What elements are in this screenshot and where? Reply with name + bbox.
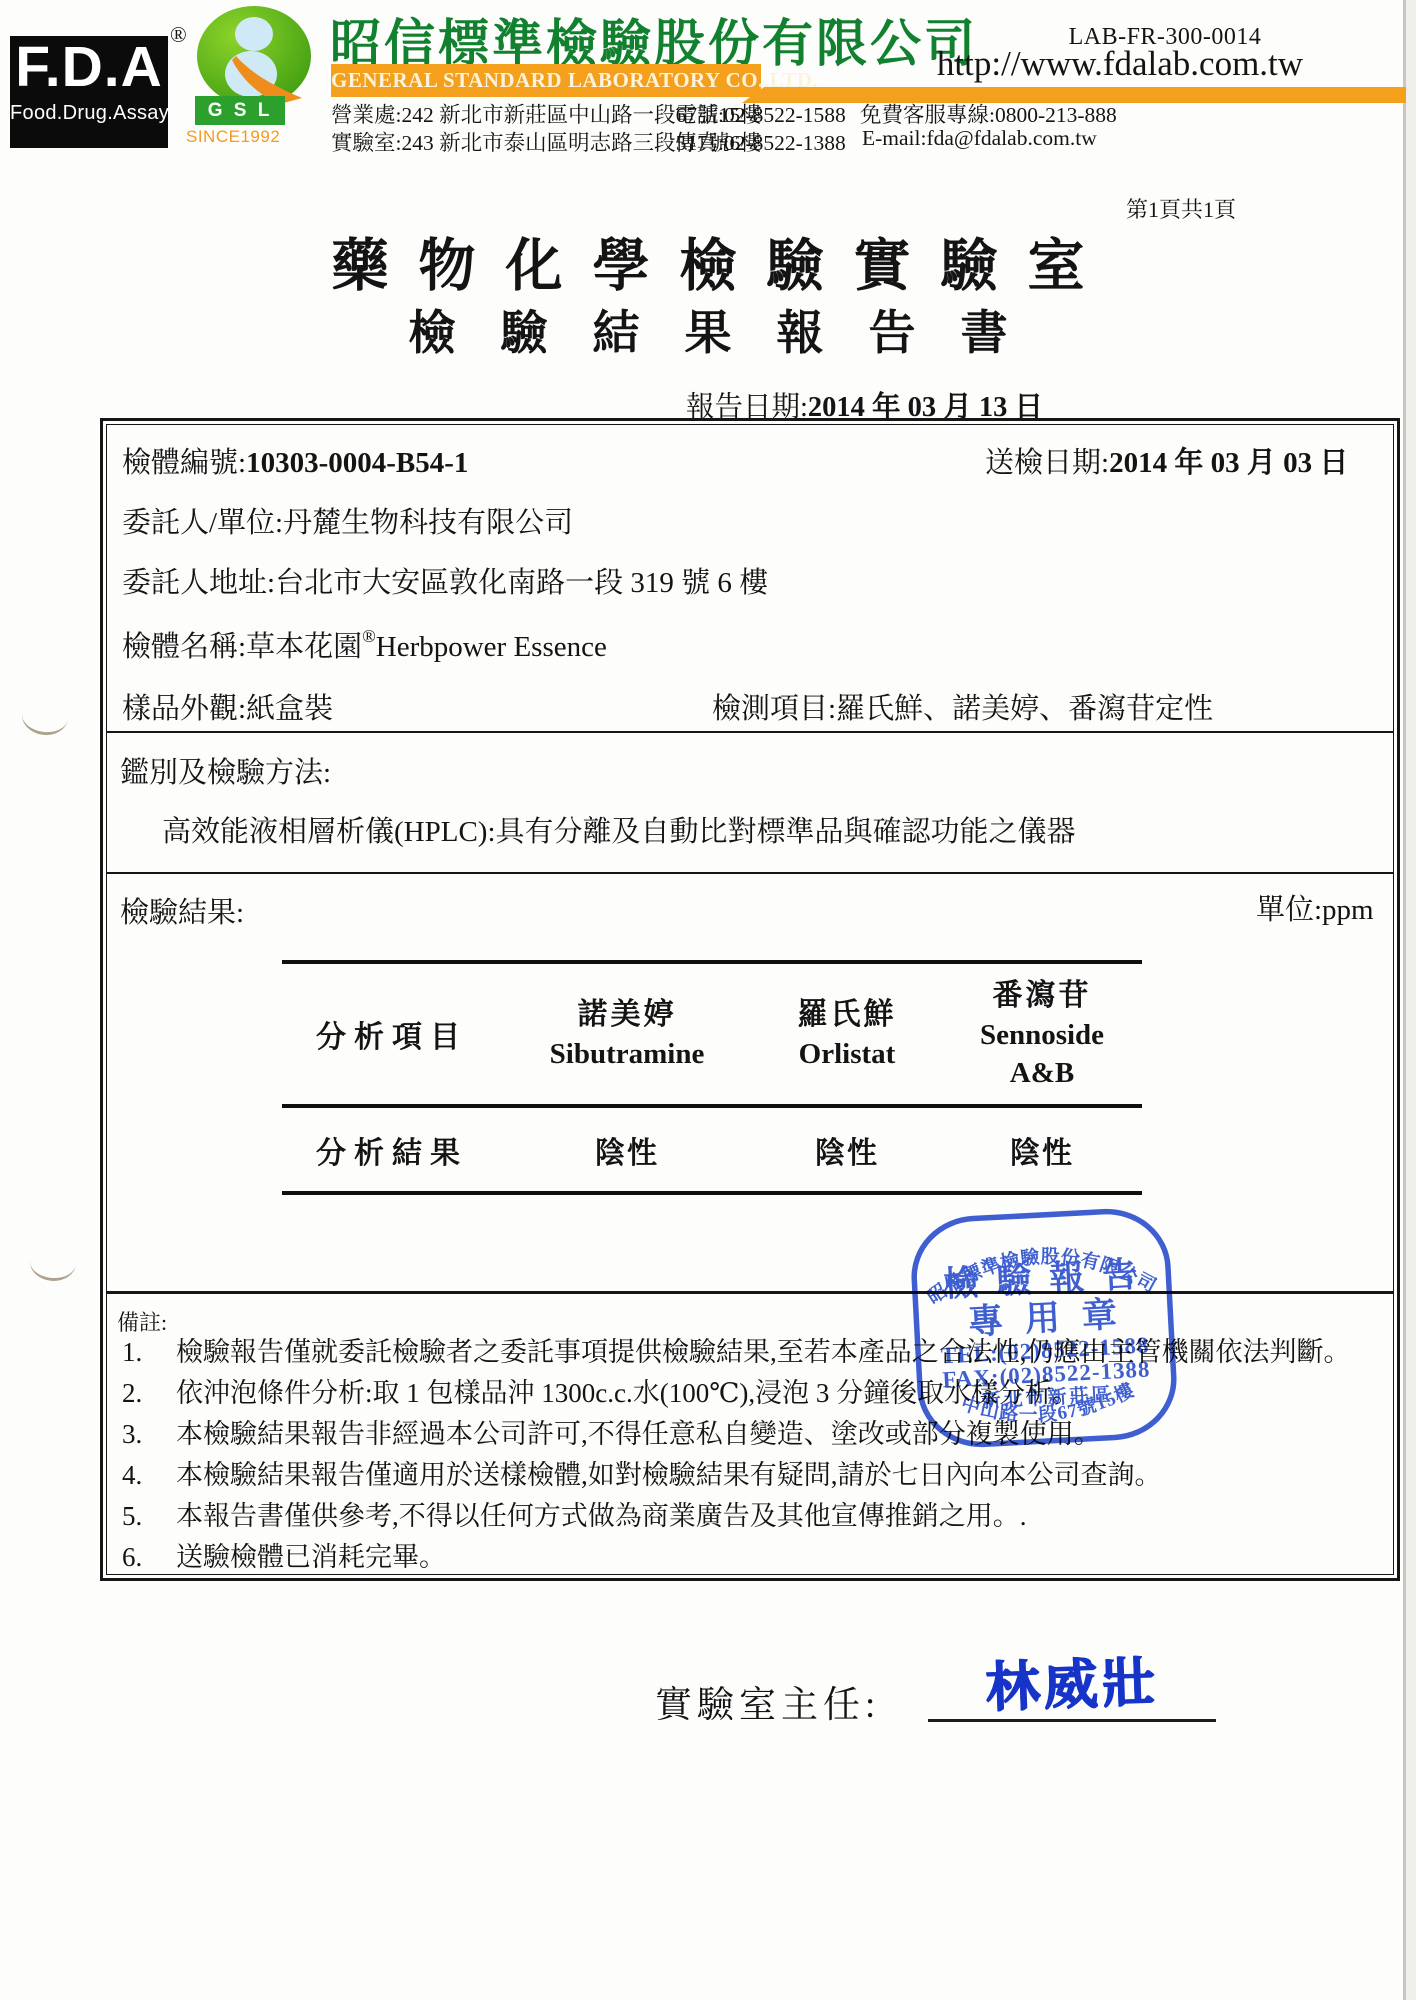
table-header-analysis-item: 分析項目 bbox=[282, 1012, 502, 1056]
document-title: 藥物化學檢驗實驗室 bbox=[0, 220, 1416, 302]
company-name-en-banner: GENERAL STANDARD LABORATORY CO.,LTD. bbox=[331, 64, 761, 97]
section-divider bbox=[106, 1291, 1394, 1294]
test-items-value: 羅氏鮮、諾美婷、番瀉苷定性 bbox=[836, 693, 1213, 725]
note-number: 5. bbox=[122, 1496, 176, 1537]
client-row: 委託人/單位:丹麓生物科技有限公司 bbox=[122, 500, 573, 541]
company-seal-stamp: 昭信標準檢驗股份有限公司 檢驗報告 專用章 TEL:(02)8522-1588 … bbox=[904, 1201, 1184, 1455]
note-text: 依沖泡條件分析:取 1 包樣品沖 1300c.c.水(100℃),浸泡 3 分鐘… bbox=[176, 1373, 1394, 1414]
column-en-name: Sennoside bbox=[942, 1016, 1142, 1054]
note-item: 3. 本檢驗結果報告非經過本公司許可,不得任意私自變造、塗改或部分複製使用。 bbox=[122, 1414, 1394, 1455]
service-hotline: 免費客服專線:0800-213-888 bbox=[860, 98, 1117, 129]
result-sibutramine: 陰性 bbox=[502, 1128, 752, 1172]
note-text: 本檢驗結果報告僅適用於送樣檢體,如對檢驗結果有疑問,請於七日內向本公司查詢。 bbox=[176, 1455, 1394, 1496]
table-result-row: 分析結果 陰性 陰性 陰性 bbox=[282, 1108, 1142, 1191]
sample-name-label: 檢體名稱: bbox=[122, 631, 246, 663]
table-header-row: 分析項目 諾美婷 Sibutramine 羅氏鮮 Orlistat 番瀉苷 Se… bbox=[282, 964, 1142, 1104]
method-detail: 高效能液相層析儀(HPLC):具有分離及自動比對標準品與確認功能之儀器 bbox=[162, 809, 1076, 850]
test-items-row: 檢測項目:羅氏鮮、諾美婷、番瀉苷定性 bbox=[712, 686, 1213, 727]
results-table: 分析項目 諾美婷 Sibutramine 羅氏鮮 Orlistat 番瀉苷 Se… bbox=[282, 960, 1142, 1195]
registered-trademark-icon: ® bbox=[170, 22, 187, 48]
client-address-label: 委託人地址: bbox=[122, 567, 275, 599]
email-address: E-mail:fda@fdalab.com.tw bbox=[862, 126, 1097, 151]
note-number: 6. bbox=[122, 1537, 176, 1578]
gsl-logo-label: G S L bbox=[195, 96, 285, 125]
client-value: 丹麓生物科技有限公司 bbox=[283, 507, 573, 539]
lab-director-label: 實驗室主任: bbox=[655, 1674, 880, 1728]
sample-name-zh: 草本花園 bbox=[246, 631, 362, 663]
column-en-name: Orlistat bbox=[752, 1035, 942, 1073]
registered-trademark-icon: ® bbox=[362, 626, 376, 646]
note-text: 本檢驗結果報告非經過本公司許可,不得任意私自變造、塗改或部分複製使用。 bbox=[176, 1414, 1394, 1455]
note-number: 4. bbox=[122, 1455, 176, 1496]
note-item: 1. 檢驗報告僅就委託檢驗者之委託事項提供檢驗結果,至若本產品之合法性,仍應由主… bbox=[122, 1332, 1394, 1373]
result-orlistat: 陰性 bbox=[752, 1128, 942, 1172]
sample-name-en: Herbpower Essence bbox=[376, 631, 607, 663]
sample-appearance-value: 紙盒裝 bbox=[246, 693, 333, 725]
note-text: 本報告書僅供參考,不得以任何方式做為商業廣告及其他宣傳推銷之用。. bbox=[176, 1496, 1394, 1537]
submission-date-value: 2014 年 03 月 03 日 bbox=[1109, 447, 1348, 479]
results-section-label: 檢驗結果: bbox=[120, 890, 244, 931]
section-divider bbox=[106, 731, 1394, 733]
note-text: 檢驗報告僅就委託檢驗者之委託事項提供檢驗結果,至若本產品之合法性,仍應由主管機關… bbox=[176, 1332, 1394, 1373]
company-website: http://www.fdalab.com.tw bbox=[900, 44, 1340, 84]
method-section-label: 鑑別及檢驗方法: bbox=[120, 750, 331, 791]
test-items-label: 檢測項目: bbox=[712, 693, 836, 725]
sample-appearance-label: 樣品外觀: bbox=[122, 693, 246, 725]
punch-hole-mark bbox=[29, 1242, 77, 1282]
note-item: 5. 本報告書僅供參考,不得以任何方式做為商業廣告及其他宣傳推銷之用。. bbox=[122, 1496, 1394, 1537]
note-number: 1. bbox=[122, 1332, 176, 1373]
result-row-label: 分析結果 bbox=[282, 1128, 502, 1172]
sample-number-row: 檢體編號:10303-0004-B54-1 bbox=[122, 440, 468, 481]
fda-logo: F.D.A Food.Drug.Assay bbox=[10, 36, 168, 148]
gsl-logo-icon bbox=[192, 6, 318, 110]
sample-name-row: 檢體名稱:草本花園®Herbpower Essence bbox=[122, 624, 607, 665]
gsl-since-label: SINCE1992 bbox=[186, 127, 280, 147]
table-header-sennoside: 番瀉苷 Sennoside A&B bbox=[942, 976, 1142, 1092]
client-label: 委託人/單位: bbox=[122, 507, 283, 539]
document-subtitle: 檢驗結果報告書 bbox=[0, 296, 1416, 363]
note-number: 3. bbox=[122, 1414, 176, 1455]
submission-date-label: 送檢日期: bbox=[985, 447, 1109, 479]
submission-date-row: 送檢日期:2014 年 03 月 03 日 bbox=[985, 440, 1348, 481]
column-zh-name: 番瀉苷 bbox=[942, 976, 1142, 1016]
sample-appearance-row: 樣品外觀:紙盒裝 bbox=[122, 686, 333, 727]
notes-list: 1. 檢驗報告僅就委託檢驗者之委託事項提供檢驗結果,至若本產品之合法性,仍應由主… bbox=[122, 1332, 1394, 1578]
fda-logo-caption: Food.Drug.Assay bbox=[10, 102, 168, 125]
table-header-orlistat: 羅氏鮮 Orlistat bbox=[752, 995, 942, 1073]
note-item: 2. 依沖泡條件分析:取 1 包樣品沖 1300c.c.水(100℃),浸泡 3… bbox=[122, 1373, 1394, 1414]
section-divider bbox=[106, 872, 1394, 874]
note-item: 6. 送驗檢體已消耗完畢。 bbox=[122, 1537, 1394, 1578]
fda-logo-acronym: F.D.A bbox=[10, 36, 168, 99]
punch-hole-mark bbox=[20, 695, 70, 737]
column-zh-name: 諾美婷 bbox=[502, 995, 752, 1035]
sample-number-label: 檢體編號: bbox=[122, 447, 246, 479]
table-header-sibutramine: 諾美婷 Sibutramine bbox=[502, 995, 752, 1073]
column-en-name: Sibutramine bbox=[502, 1035, 752, 1073]
note-text: 送驗檢體已消耗完畢。 bbox=[176, 1537, 1394, 1578]
lab-director-signature: 林威壯 bbox=[933, 1637, 1212, 1724]
unit-label: 單位:ppm bbox=[1256, 887, 1374, 928]
phone-number: 電話:02-8522-1588 bbox=[675, 98, 846, 129]
client-address-value: 台北市大安區敦化南路一段 319 號 6 樓 bbox=[275, 567, 768, 599]
note-number: 2. bbox=[122, 1373, 176, 1414]
table-rule-bottom bbox=[282, 1191, 1142, 1195]
fax-number: 傳真:02-8522-1388 bbox=[675, 126, 846, 157]
sample-number-value: 10303-0004-B54-1 bbox=[246, 447, 468, 479]
column-zh-name: 羅氏鮮 bbox=[752, 995, 942, 1035]
note-item: 4. 本檢驗結果報告僅適用於送樣檢體,如對檢驗結果有疑問,請於七日內向本公司查詢… bbox=[122, 1455, 1394, 1496]
column-en-name-2: A&B bbox=[942, 1054, 1142, 1092]
client-address-row: 委託人地址:台北市大安區敦化南路一段 319 號 6 樓 bbox=[122, 560, 768, 601]
result-sennoside: 陰性 bbox=[942, 1128, 1142, 1172]
